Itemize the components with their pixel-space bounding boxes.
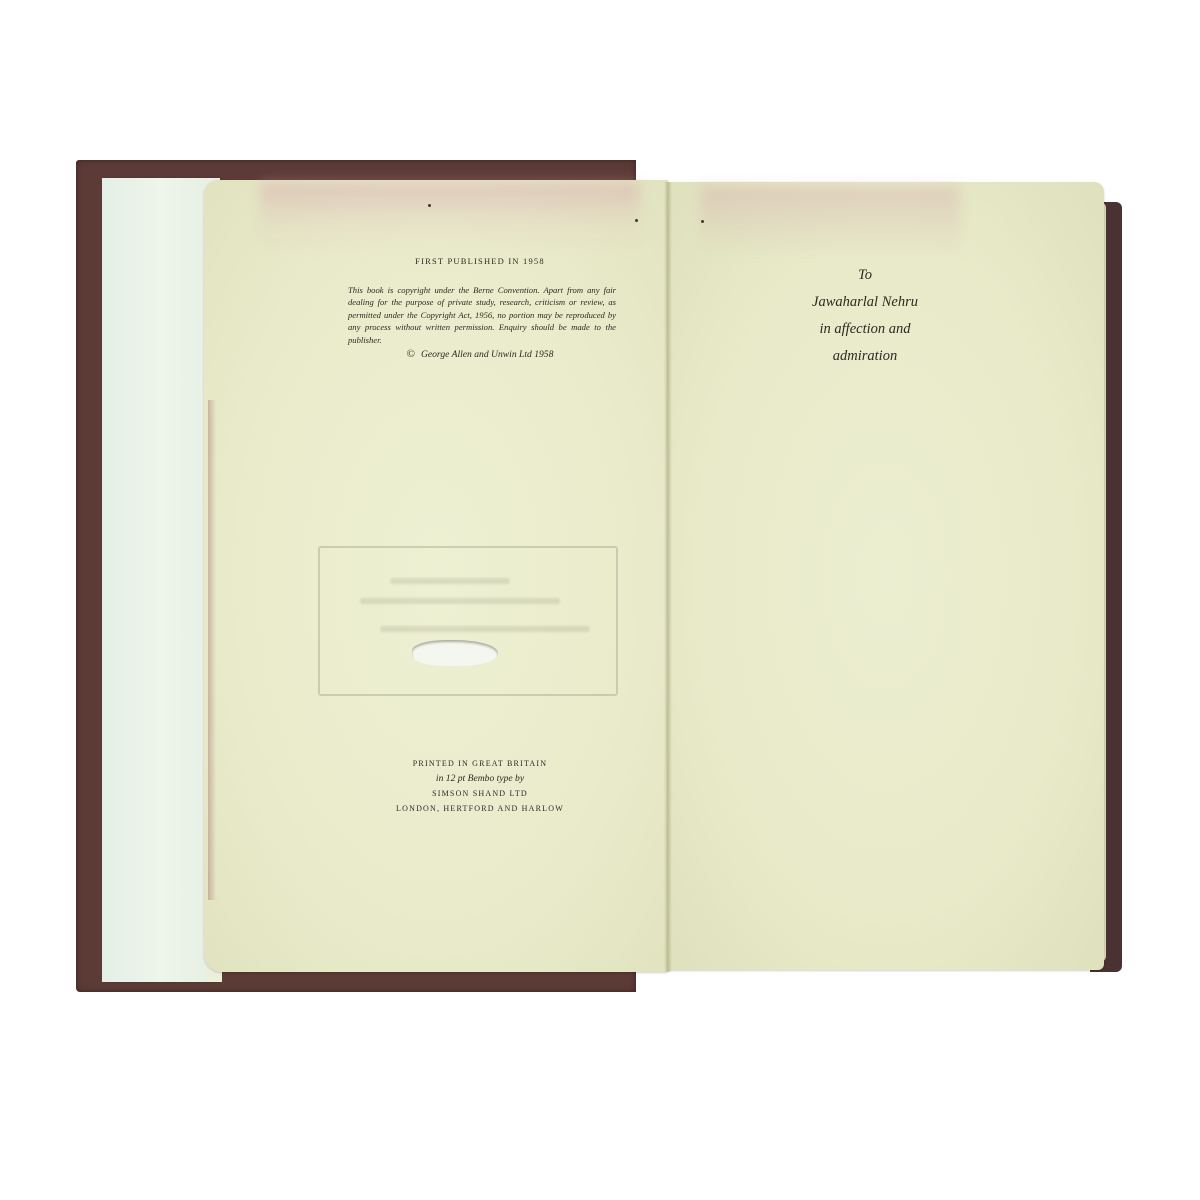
copyright-icon: © — [407, 348, 415, 360]
copyright-holder-line: ©George Allen and Unwin Ltd 1958 — [330, 348, 630, 360]
page-mark — [701, 220, 704, 223]
printer-imprint: PRINTED IN GREAT BRITAIN in 12 pt Bembo … — [330, 756, 630, 816]
page-mark — [428, 204, 431, 207]
faded-library-stamp — [318, 546, 618, 696]
dedication-line-3: in affection and — [760, 316, 970, 343]
left-page-edge-foxing — [208, 400, 216, 900]
tissue-flyleaf — [102, 178, 220, 982]
dedication-line-4: admiration — [760, 343, 970, 370]
dedication-line-1: To — [760, 262, 970, 289]
printer-line-4: LONDON, HERTFORD AND HARLOW — [330, 801, 630, 816]
first-published-line: FIRST PUBLISHED IN 1958 — [330, 256, 630, 266]
left-page-stain — [260, 182, 640, 252]
dedication-line-2: Jawaharlal Nehru — [760, 289, 970, 316]
copyright-holder: George Allen and Unwin Ltd 1958 — [421, 349, 553, 360]
printer-line-2: in 12 pt Bembo type by — [330, 771, 630, 786]
torn-hole — [412, 640, 498, 666]
page-mark — [635, 219, 638, 222]
printer-line-1: PRINTED IN GREAT BRITAIN — [330, 756, 630, 771]
printer-line-3: SIMSON SHAND LTD — [330, 786, 630, 801]
copyright-notice: This book is copyright under the Berne C… — [348, 284, 616, 346]
dedication: To Jawaharlal Nehru in affection and adm… — [760, 262, 970, 370]
right-page-stain — [700, 186, 960, 256]
book-gutter — [664, 182, 672, 972]
